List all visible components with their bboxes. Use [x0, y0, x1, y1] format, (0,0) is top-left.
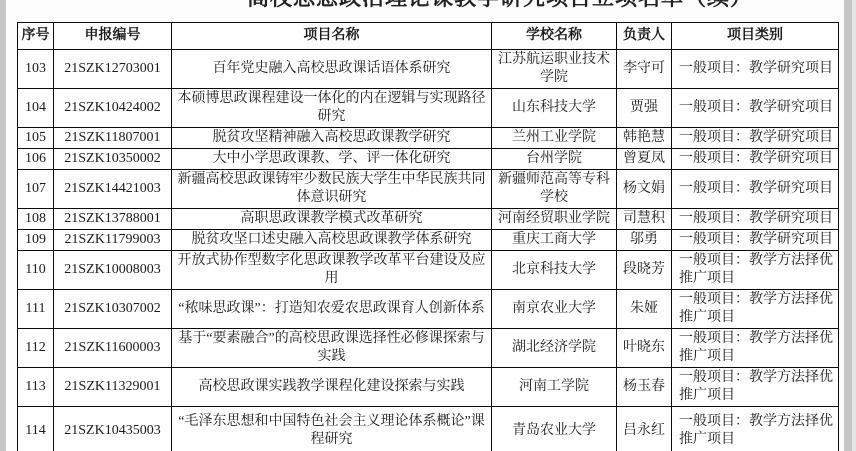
- table-header-row: 序号申报编号项目名称学校名称负责人项目类别: [18, 23, 839, 50]
- cell-code: 21SZK10435003: [54, 407, 172, 451]
- cell-project: 高职思政课教学模式改革研究: [172, 209, 492, 230]
- column-header-project: 项目名称: [172, 23, 492, 50]
- column-header-leader: 负责人: [617, 23, 672, 50]
- cell-school: 南京农业大学: [492, 290, 617, 329]
- cell-school: 北京科技大学: [492, 251, 617, 290]
- cell-no: 107: [18, 170, 54, 209]
- cell-project: 百年党史融入高校思政课话语体系研究: [172, 50, 492, 89]
- table-row: 11121SZK10307002“秾味思政课”：打造知农爱农思政课育人创新体系南…: [18, 290, 839, 329]
- cell-category: 一般项目：教学研究项目: [672, 50, 839, 89]
- cell-school: 山东科技大学: [492, 89, 617, 128]
- cell-code: 21SZK13788001: [54, 209, 172, 230]
- cell-leader: 韩艳慧: [617, 128, 672, 149]
- cell-project: 脱贫攻坚精神融入高校思政课教学研究: [172, 128, 492, 149]
- cell-no: 112: [18, 329, 54, 368]
- cell-no: 108: [18, 209, 54, 230]
- cell-code: 21SZK10307002: [54, 290, 172, 329]
- cell-leader: 李守可: [617, 50, 672, 89]
- project-approval-table: 序号申报编号项目名称学校名称负责人项目类别 10321SZK12703001百年…: [17, 22, 839, 451]
- table-header: 序号申报编号项目名称学校名称负责人项目类别: [18, 23, 839, 50]
- cell-leader: 邬勇: [617, 230, 672, 251]
- cell-leader: 吕永红: [617, 407, 672, 451]
- scanned-document-page: 高校思想政治理论课教学研究项目立项名单（续） 序号申报编号项目名称学校名称负责人…: [0, 0, 856, 451]
- cell-project: 本硕博思政课程建设一体化的内在逻辑与实现路径研究: [172, 89, 492, 128]
- cropped-document-title: 高校思想政治理论课教学研究项目立项名单（续）: [235, 0, 765, 12]
- column-header-school: 学校名称: [492, 23, 617, 50]
- cell-school: 江苏航运职业技术学院: [492, 50, 617, 89]
- cell-category: 一般项目：教学研究项目: [672, 89, 839, 128]
- table-row: 11321SZK11329001高校思政课实践教学课程化建设探索与实践河南工学院…: [18, 368, 839, 407]
- cell-no: 111: [18, 290, 54, 329]
- cell-code: 21SZK11807001: [54, 128, 172, 149]
- cell-leader: 杨文娟: [617, 170, 672, 209]
- cell-category: 一般项目：教学方法择优推广项目: [672, 407, 839, 451]
- cell-leader: 曾夏凤: [617, 149, 672, 170]
- column-header-category: 项目类别: [672, 23, 839, 50]
- cell-school: 重庆工商大学: [492, 230, 617, 251]
- cell-code: 21SZK11600003: [54, 329, 172, 368]
- cell-category: 一般项目：教学方法择优推广项目: [672, 368, 839, 407]
- cell-category: 一般项目：教学方法择优推广项目: [672, 329, 839, 368]
- cell-no: 105: [18, 128, 54, 149]
- cell-school: 台州学院: [492, 149, 617, 170]
- cell-category: 一般项目：教学方法择优推广项目: [672, 290, 839, 329]
- cell-code: 21SZK14421003: [54, 170, 172, 209]
- cell-leader: 叶晓东: [617, 329, 672, 368]
- cell-category: 一般项目：教学研究项目: [672, 209, 839, 230]
- cell-code: 21SZK12703001: [54, 50, 172, 89]
- table-row: 10321SZK12703001百年党史融入高校思政课话语体系研究江苏航运职业技…: [18, 50, 839, 89]
- table-row: 10921SZK11799003脱贫攻坚口述史融入高校思政课教学体系研究重庆工商…: [18, 230, 839, 251]
- cell-project: “秾味思政课”：打造知农爱农思政课育人创新体系: [172, 290, 492, 329]
- cell-category: 一般项目：教学方法择优推广项目: [672, 251, 839, 290]
- page-edge-left: [0, 0, 6, 451]
- cell-project: 基于“要素融合”的高校思政课选择性必修课探索与实践: [172, 329, 492, 368]
- cell-leader: 司慧积: [617, 209, 672, 230]
- cell-project: 大中小学思政课教、学、评一体化研究: [172, 149, 492, 170]
- table-row: 11021SZK10008003开放式协作型数字化思政课教学改革平台建设及应用北…: [18, 251, 839, 290]
- cell-project: 开放式协作型数字化思政课教学改革平台建设及应用: [172, 251, 492, 290]
- cell-no: 106: [18, 149, 54, 170]
- cell-no: 103: [18, 50, 54, 89]
- cell-code: 21SZK11329001: [54, 368, 172, 407]
- cell-no: 110: [18, 251, 54, 290]
- cell-project: “毛泽东思想和中国特色社会主义理论体系概论”课程研究: [172, 407, 492, 451]
- cell-code: 21SZK11799003: [54, 230, 172, 251]
- cell-project: 脱贫攻坚口述史融入高校思政课教学体系研究: [172, 230, 492, 251]
- cell-school: 河南工学院: [492, 368, 617, 407]
- table-row: 11221SZK11600003基于“要素融合”的高校思政课选择性必修课探索与实…: [18, 329, 839, 368]
- table-row: 10421SZK10424002本硕博思政课程建设一体化的内在逻辑与实现路径研究…: [18, 89, 839, 128]
- cell-code: 21SZK10424002: [54, 89, 172, 128]
- table-body: 10321SZK12703001百年党史融入高校思政课话语体系研究江苏航运职业技…: [18, 50, 839, 451]
- cell-project: 高校思政课实践教学课程化建设探索与实践: [172, 368, 492, 407]
- table-row: 11421SZK10435003“毛泽东思想和中国特色社会主义理论体系概论”课程…: [18, 407, 839, 451]
- cell-school: 兰州工业学院: [492, 128, 617, 149]
- cell-category: 一般项目：教学研究项目: [672, 128, 839, 149]
- cell-category: 一般项目：教学研究项目: [672, 170, 839, 209]
- cell-school: 青岛农业大学: [492, 407, 617, 451]
- page-edge-far-right: [852, 0, 856, 451]
- cell-code: 21SZK10008003: [54, 251, 172, 290]
- table-row: 10521SZK11807001脱贫攻坚精神融入高校思政课教学研究兰州工业学院韩…: [18, 128, 839, 149]
- cell-leader: 贾强: [617, 89, 672, 128]
- cell-leader: 段晓芳: [617, 251, 672, 290]
- cell-leader: 杨玉春: [617, 368, 672, 407]
- cell-school: 河南经贸职业学院: [492, 209, 617, 230]
- cell-school: 湖北经济学院: [492, 329, 617, 368]
- cell-no: 104: [18, 89, 54, 128]
- table-row: 10621SZK10350002大中小学思政课教、学、评一体化研究台州学院曾夏凤…: [18, 149, 839, 170]
- table-row: 10721SZK14421003新疆高校思政课铸牢少数民族大学生中华民族共同体意…: [18, 170, 839, 209]
- column-header-code: 申报编号: [54, 23, 172, 50]
- page-edge-right: [844, 0, 852, 451]
- cell-category: 一般项目：教学研究项目: [672, 149, 839, 170]
- cell-code: 21SZK10350002: [54, 149, 172, 170]
- cell-project: 新疆高校思政课铸牢少数民族大学生中华民族共同体意识研究: [172, 170, 492, 209]
- cell-category: 一般项目：教学研究项目: [672, 230, 839, 251]
- cell-no: 114: [18, 407, 54, 451]
- cell-leader: 朱娅: [617, 290, 672, 329]
- cell-no: 109: [18, 230, 54, 251]
- column-header-no: 序号: [18, 23, 54, 50]
- cell-no: 113: [18, 368, 54, 407]
- cell-school: 新疆师范高等专科学校: [492, 170, 617, 209]
- table-row: 10821SZK13788001高职思政课教学模式改革研究河南经贸职业学院司慧积…: [18, 209, 839, 230]
